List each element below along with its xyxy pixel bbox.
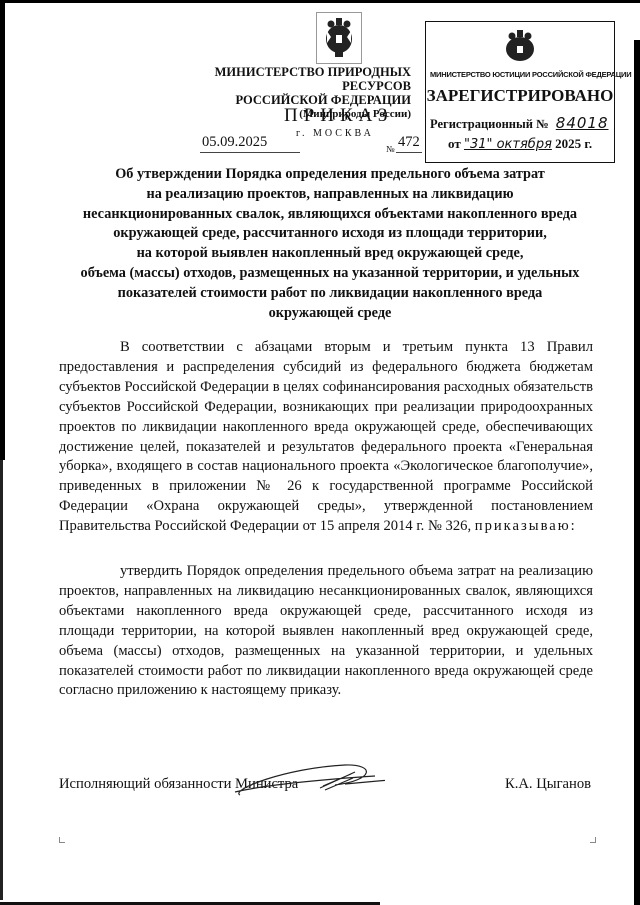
handwritten-signature-icon: [225, 760, 385, 800]
signatory-name: К.А. Цыганов: [505, 776, 591, 793]
corner-mark-left: [59, 837, 65, 843]
document-date: 05.09.2025: [202, 134, 267, 151]
corner-mark-right: [590, 837, 596, 843]
document-number: 472: [398, 134, 420, 151]
scan-border-left-lower: [0, 460, 3, 900]
title-line: несанкционированных свалок, являющихся о…: [60, 205, 600, 225]
title-line: показателей стоимости работ по ликвидаци…: [60, 284, 600, 304]
title-line: объема (массы) отходов, размещенных на у…: [60, 264, 600, 284]
number-underline: [396, 152, 422, 153]
stamp-coat-of-arms-icon: [500, 27, 540, 67]
title-line: окружающей среде: [60, 304, 600, 324]
date-underline: [200, 152, 300, 153]
stamp-registration-date: от "31" октября 2025 г.: [448, 136, 592, 152]
stamp-reg-number: 84018: [556, 114, 609, 132]
number-sign: №: [386, 144, 395, 154]
document-city: г. МОСКВА: [296, 128, 374, 139]
title-line: на которой выявлен накопленный вред окру…: [60, 244, 600, 264]
scan-border-top: [0, 0, 640, 3]
order-title: Об утверждении Порядка определения преде…: [60, 165, 600, 323]
registration-stamp: МИНИСТЕРСТВО ЮСТИЦИИ РОССИЙСКОЙ ФЕДЕРАЦИ…: [425, 21, 615, 163]
stamp-date-year: 2025 г.: [555, 136, 592, 151]
stamp-title: ЗАРЕГИСТРИРОВАНО: [426, 86, 614, 106]
title-line: Об утверждении Порядка определения преде…: [60, 165, 600, 185]
coat-of-arms-icon: [316, 12, 362, 64]
scan-border-right: [634, 40, 640, 905]
scan-border-left: [0, 0, 5, 460]
stamp-date-prefix: от: [448, 136, 461, 151]
paragraph-1-text: В соответствии с абзацами вторым и треть…: [59, 339, 593, 534]
title-line: на реализацию проектов, направленных на …: [60, 185, 600, 205]
body-paragraph-1: В соответствии с абзацами вторым и треть…: [59, 338, 593, 537]
stamp-registration-number: Регистрационный № 84018: [430, 114, 609, 132]
ministry-line-1: МИНИСТЕРСТВО ПРИРОДНЫХ РЕСУРСОВ: [171, 65, 411, 93]
stamp-header: МИНИСТЕРСТВО ЮСТИЦИИ РОССИЙСКОЙ ФЕДЕРАЦИ…: [430, 70, 612, 79]
order-word: приказываю:: [475, 518, 577, 534]
stamp-date-handwritten: "31" октября: [464, 137, 552, 152]
document-type: ПРИКАЗ: [284, 105, 393, 127]
stamp-reg-label: Регистрационный №: [430, 117, 549, 131]
body-paragraph-2: утвердить Порядок определения предельног…: [59, 562, 593, 701]
title-line: окружающей среде, рассчитанного исходя и…: [60, 224, 600, 244]
